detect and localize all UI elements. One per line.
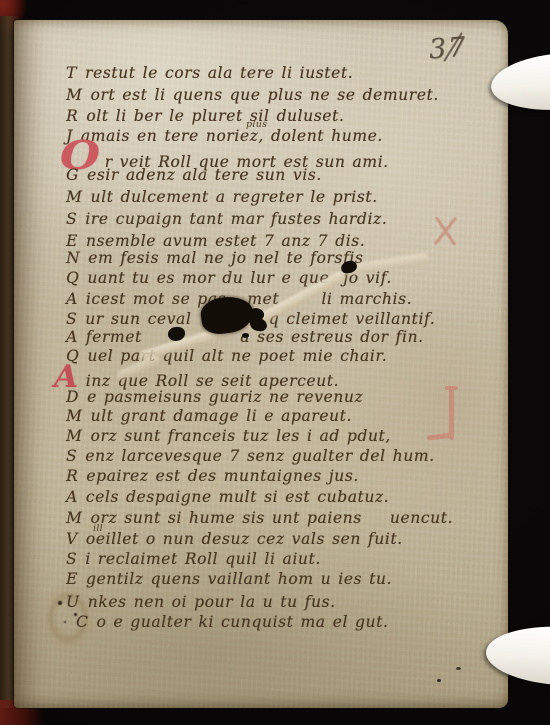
manuscript-line: Ensemble avum estet 7 anz 7 dis.	[66, 234, 365, 248]
line-initial: G	[66, 166, 79, 184]
line-initial: V	[66, 530, 78, 548]
line-initial: R	[66, 467, 78, 485]
line-initial: A	[66, 328, 78, 346]
line-initial: T	[66, 64, 77, 82]
manuscript-line: Ainz que Roll se seit aperceut.	[54, 369, 339, 388]
manuscript-line: Mort est li quens que plus ne se demuret…	[66, 88, 439, 102]
manuscript-line: Senz larcevesque 7 senz gualter del hum.	[66, 449, 435, 463]
manuscript-line: Mult dulcement a regreter le prist.	[66, 190, 378, 204]
line-initial: S	[66, 310, 77, 328]
line-initial: E	[66, 232, 78, 250]
line-initial: E	[66, 570, 78, 588]
manuscript-line: Rolt li ber le pluret sil duluset.	[66, 109, 344, 123]
line-initial: M	[66, 86, 82, 104]
ink-speck	[437, 679, 441, 682]
line-text: restut le cors ala tere li iustet.	[85, 64, 353, 82]
manuscript-line: Repairez est des muntaignes jus.	[66, 469, 359, 483]
manuscript-line: Nem fesis mal ne jo nel te forsfis	[66, 251, 363, 265]
line-text: orz sunt si hume sis unt paiens uencut.	[90, 509, 453, 527]
line-text: uel part quil alt ne poet mie chair.	[87, 347, 387, 365]
rubric-initial: A	[54, 370, 79, 384]
ink-speck	[456, 667, 461, 670]
line-initial: S	[66, 210, 77, 228]
manuscript-line: De pasmeisuns guariz ne revenuz	[66, 390, 363, 404]
line-initial: D	[66, 388, 79, 406]
manuscript-line: Morz sunt si hume sis unt paiens uencut.	[66, 511, 453, 525]
folio-number: 37	[428, 32, 468, 66]
interlinear-correction: plus	[246, 119, 267, 130]
line-initial: S	[66, 550, 77, 568]
line-text: oeillet o nun desuz cez vals sen fuit.	[86, 530, 403, 548]
line-text: epairez est des muntaignes jus.	[86, 467, 359, 485]
interlinear-correction: ill	[93, 523, 103, 534]
line-initial: S	[66, 447, 77, 465]
line-text: o e gualter ki cunquist ma el gut.	[96, 613, 388, 631]
rubric-initial: O	[60, 149, 101, 163]
manuscript-line: Si reclaimet Roll quil li aiut.	[66, 552, 321, 566]
line-initial: N	[66, 249, 80, 267]
line-initial: M	[66, 188, 82, 206]
manuscript-line: Mult grant damage li e apareut.	[66, 409, 352, 423]
line-text: e pasmeisuns guariz ne revenuz	[87, 388, 363, 406]
manuscript-line: Acels despaigne mult si est cubatuz.	[66, 490, 389, 504]
manuscript-line: Trestut le cors ala tere li iustet.	[66, 66, 353, 80]
line-text: enz larcevesque 7 senz gualter del hum.	[85, 447, 434, 465]
line-initial: M	[66, 509, 82, 527]
line-text: olt li ber le pluret sil duluset.	[86, 107, 344, 125]
manuscript-line: Quel part quil alt ne poet mie chair.	[66, 349, 387, 363]
manuscript-line: Jamais en tere noriez, dolent hume.	[66, 129, 383, 143]
line-text: nsemble avum estet 7 anz 7 dis.	[86, 232, 365, 250]
line-initial: M	[66, 407, 82, 425]
manuscript-line: Voeillet o nun desuz cez vals sen fuit.	[66, 532, 403, 546]
line-text: nkes nen oi pour la u tu fus.	[88, 593, 336, 611]
red-bracket-mark	[427, 384, 463, 448]
line-text: amais en tere noriez, dolent hume.	[81, 127, 383, 145]
line-text: orz sunt franceis tuz les i ad pdut,	[90, 427, 390, 445]
line-text: i reclaimet Roll quil li aiut.	[85, 550, 321, 568]
line-initial: R	[66, 107, 78, 125]
line-initial: Q	[66, 269, 79, 287]
manuscript-line: Gesir adenz ala tere sun vis.	[66, 168, 322, 182]
line-text: em fesis mal ne jo nel te forsfis	[88, 249, 363, 267]
line-text: esir adenz ala tere sun vis.	[87, 166, 322, 184]
manuscript-line: Morz sunt franceis tuz les i ad pdut,	[66, 429, 391, 443]
manuscript-line: Sire cupaign tant mar fustes hardiz.	[66, 212, 387, 226]
manuscript-line: Co e gualter ki cunquist ma el gut.	[76, 615, 388, 629]
manuscript-line: Egentilz quens vaillant hom u ies tu.	[66, 572, 392, 586]
line-initial: A	[66, 488, 78, 506]
line-text: gentilz quens vaillant hom u ies tu.	[86, 570, 392, 588]
manuscript-photo: 37 Trestut le cors ala tere li iustet.Mo…	[0, 0, 550, 725]
line-text: ort est li quens que plus ne se demuret.	[90, 86, 438, 104]
line-initial: U	[66, 593, 80, 611]
line-initial: A	[66, 290, 78, 308]
line-initial: M	[66, 427, 82, 445]
line-initial: C	[76, 613, 88, 631]
line-text: ire cupaign tant mar fustes hardiz.	[85, 210, 387, 228]
line-text: fermet a ses estreus dor fin.	[86, 328, 424, 346]
line-text: ult grant damage li e apareut.	[90, 407, 352, 425]
ink-speck	[242, 333, 249, 338]
line-text: cels despaigne mult si est cubatuz.	[86, 488, 389, 506]
red-x-mark	[430, 216, 460, 248]
line-text: ult dulcement a regreter le prist.	[90, 188, 377, 206]
manuscript-line: Unkes nen oi pour la u tu fus.	[66, 595, 336, 609]
